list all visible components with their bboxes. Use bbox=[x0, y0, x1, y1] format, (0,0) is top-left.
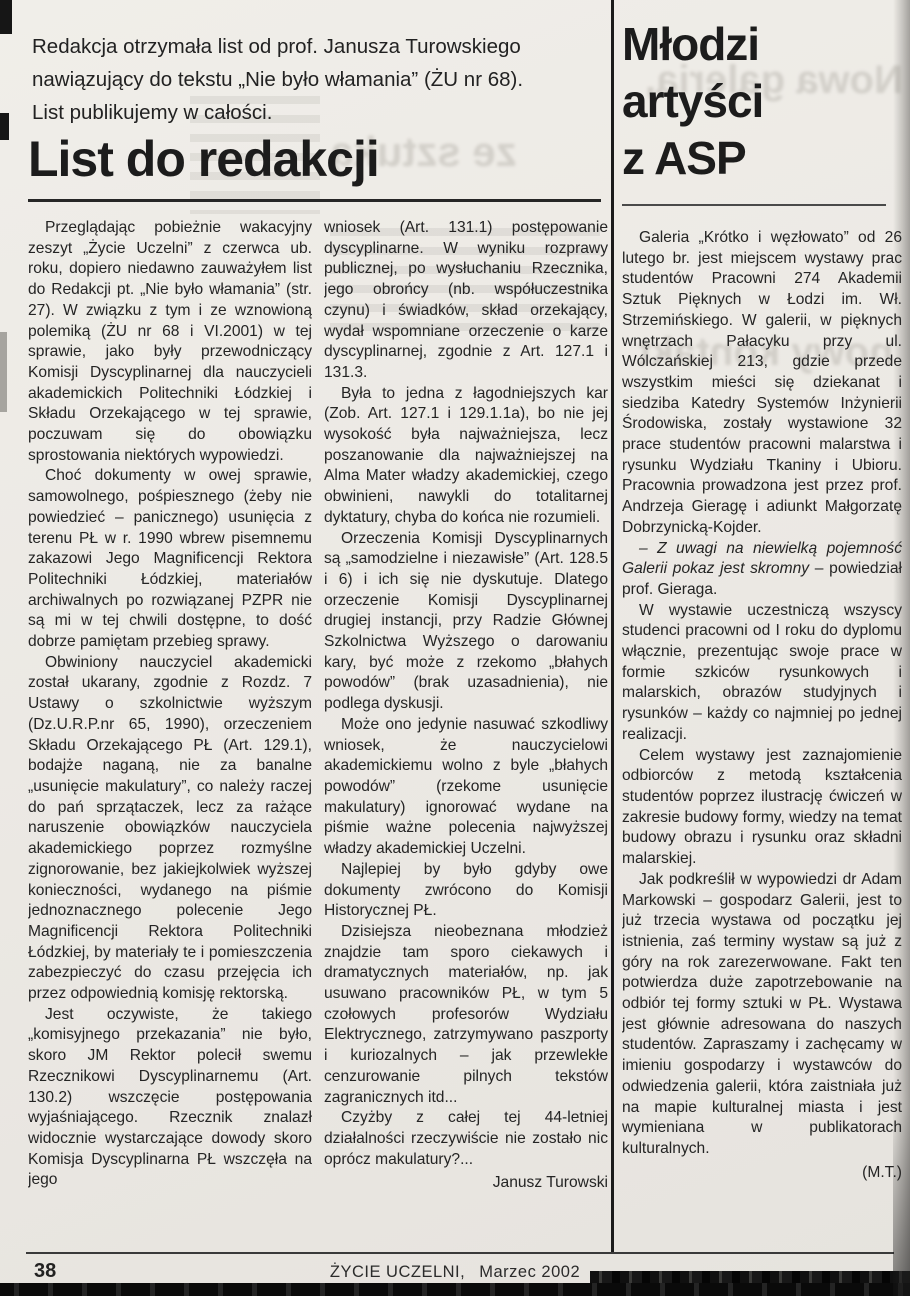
scan-artifact bbox=[0, 113, 9, 140]
headline-line: z ASP bbox=[622, 130, 763, 187]
footer-rule bbox=[26, 1252, 894, 1254]
paragraph: Może ono jedynie nasuwać szkodliwy wnios… bbox=[324, 715, 608, 860]
paragraph: Najlepiej by było gdyby owe dokumenty zw… bbox=[324, 860, 608, 922]
intro-line: List publikujemy w całości. bbox=[32, 96, 607, 129]
headline-line: artyści bbox=[622, 73, 763, 130]
gallery-article-headline: Młodzi artyści z ASP bbox=[622, 16, 763, 187]
letter-article-headline: List do redakcji bbox=[28, 130, 379, 188]
scan-artifact bbox=[0, 1283, 910, 1296]
journal-title: ŻYCIE UCZELNI, bbox=[330, 1263, 465, 1281]
paragraph: Choć dokumenty w owej sprawie, samowolne… bbox=[28, 466, 312, 652]
scan-artifact bbox=[0, 332, 7, 412]
paragraph-quote: – Z uwagi na niewielką pojemność Galerii… bbox=[622, 539, 902, 601]
intro-line: Redakcja otrzymała list od prof. Janusza… bbox=[32, 30, 607, 63]
paragraph: Orzeczenia Komisji Dyscyplinarnych są „s… bbox=[324, 529, 608, 715]
paragraph: Czyżby z całej tej 44-letniej działalnoś… bbox=[324, 1108, 608, 1170]
paragraph: wniosek (Art. 131.1) postępowanie dyscyp… bbox=[324, 218, 608, 384]
intro-line: nawiązujący do tekstu „Nie było włamania… bbox=[32, 63, 607, 96]
paragraph: Celem wystawy jest zaznajomienie odbiorc… bbox=[622, 746, 902, 870]
gallery-article-column: Galeria „Krótko i węzłowato” od 26 luteg… bbox=[622, 228, 902, 1250]
letter-article-column-1: Przeglądając pobieżnie wakacyjny zeszyt … bbox=[28, 218, 312, 1250]
scanned-magazine-page: ze sztuką Nowa galeria, nowy kontakt Red… bbox=[0, 0, 910, 1296]
letter-signature: Janusz Turowski bbox=[324, 1173, 608, 1194]
journal-issue: Marzec 2002 bbox=[479, 1263, 580, 1281]
paragraph: Była to jedna z łagodniejszych kar (Zob.… bbox=[324, 384, 608, 529]
paragraph: Jak podkreślił w wypowiedzi dr Adam Mark… bbox=[622, 870, 902, 1160]
scan-artifact bbox=[893, 0, 910, 1296]
paragraph: W wystawie uczestniczą wszyscy studenci … bbox=[622, 601, 902, 746]
scan-artifact bbox=[0, 0, 12, 34]
headline-line: Młodzi bbox=[622, 16, 763, 73]
article-intro: Redakcja otrzymała list od prof. Janusza… bbox=[32, 30, 607, 129]
column-divider bbox=[611, 0, 614, 1252]
paragraph: Jest oczywiste, że takiego „komisyjnego … bbox=[28, 1005, 312, 1191]
headline-rule bbox=[28, 199, 601, 202]
headline-rule bbox=[622, 204, 886, 206]
paragraph: Przeglądając pobieżnie wakacyjny zeszyt … bbox=[28, 218, 312, 466]
paragraph: Dzisiejsza nieobeznana młodzież znajdzie… bbox=[324, 922, 608, 1108]
letter-article-column-2: wniosek (Art. 131.1) postępowanie dyscyp… bbox=[324, 218, 608, 1250]
gallery-signature: (M.T.) bbox=[622, 1163, 902, 1184]
paragraph: Galeria „Krótko i węzłowato” od 26 luteg… bbox=[622, 228, 902, 539]
paragraph: Obwiniony nauczyciel akademicki został u… bbox=[28, 653, 312, 1005]
